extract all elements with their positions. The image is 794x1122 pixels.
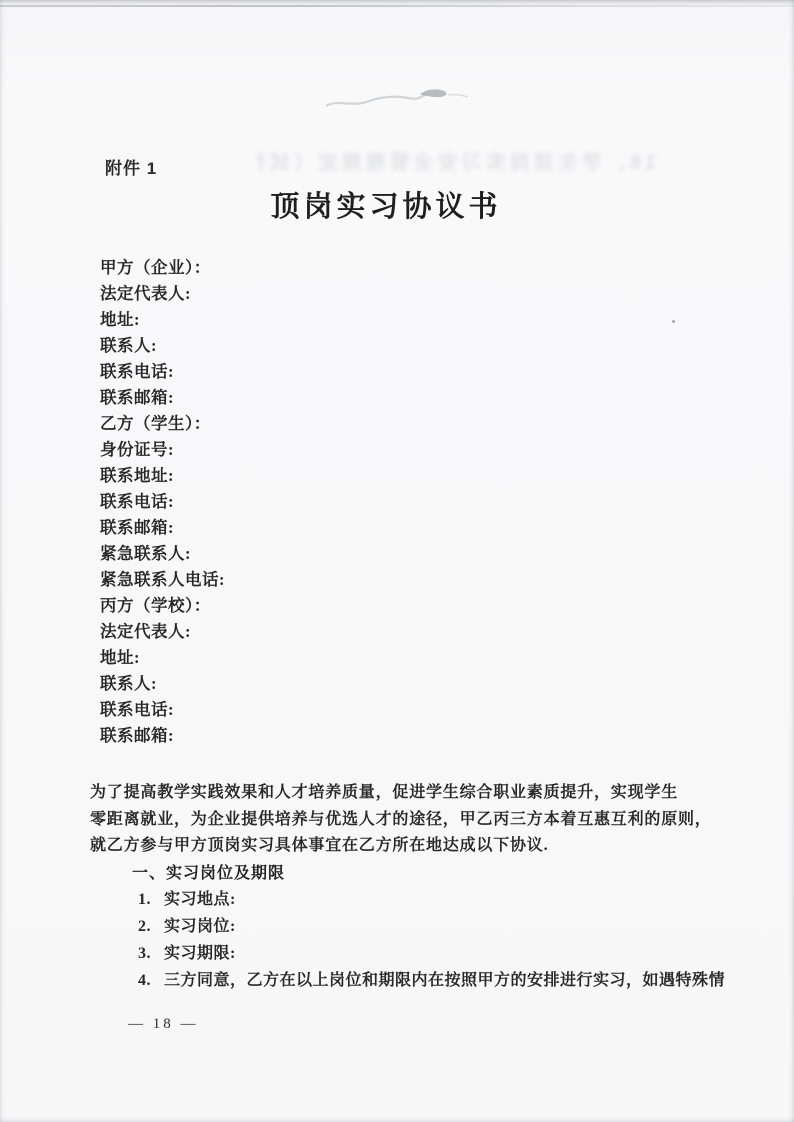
party-field-label: 联系电话: [100, 697, 225, 723]
party-field-label: 联系电话: [100, 489, 225, 515]
party-field-label: 丙方（学校）： [100, 593, 225, 619]
party-field-label: 地址: [100, 307, 225, 333]
numbered-item: 1. 实习地点: [138, 886, 725, 913]
scan-speck-artifact [672, 320, 675, 323]
preamble-line: 零距离就业，为企业提供培养与优选人才的途径，甲乙丙三方本着互惠互利的原则， [90, 807, 714, 834]
party-field-label: 联系地址: [100, 463, 225, 489]
numbered-item: 4. 三方同意，乙方在以上岗位和期限内在按照甲方的安排进行实习，如遇特殊情 [138, 967, 725, 994]
attachment-label: 附件 1 [105, 154, 157, 179]
bleedthrough-text-artifact: 16、学生顶岗实习安全管理规定（试行） [256, 146, 656, 180]
party-field-label: 联系人: [100, 671, 225, 697]
item-number: 3. [138, 940, 164, 967]
party-field-label: 联系人: [100, 333, 225, 359]
numbered-item: 3. 实习期限: [138, 940, 725, 967]
party-field-label: 法定代表人: [100, 619, 225, 645]
party-field-label: 紧急联系人: [100, 541, 225, 567]
numbered-items-list: 1. 实习地点: 2. 实习岗位: 3. 实习期限: 4. 三方同意，乙方在以上… [138, 886, 725, 994]
item-text: 实习岗位: [164, 913, 236, 940]
party-field-label: 联系电话: [100, 359, 225, 385]
item-number: 1. [138, 886, 164, 913]
section-one-heading: 一、实习岗位及期限 [132, 860, 285, 883]
party-field-label: 联系邮箱: [100, 385, 225, 411]
party-field-label: 甲方（企业）： [100, 255, 225, 281]
item-text: 实习地点: [164, 886, 236, 913]
document-title: 顶岗实习协议书 [0, 184, 783, 225]
preamble-paragraph: 为了提高教学实践效果和人才培养质量，促进学生综合职业素质提升，实现学生 零距离就… [90, 780, 714, 860]
party-field-label: 紧急联系人电话: [100, 567, 225, 593]
item-text: 实习期限: [164, 940, 236, 967]
party-field-label: 身份证号: [100, 437, 225, 463]
preamble-line: 为了提高教学实践效果和人才培养质量，促进学生综合职业素质提升，实现学生 [90, 780, 714, 807]
item-text: 三方同意，乙方在以上岗位和期限内在按照甲方的安排进行实习，如遇特殊情 [164, 967, 725, 994]
party-field-label: 联系邮箱: [100, 723, 225, 749]
item-number: 4. [138, 967, 164, 994]
party-field-label: 乙方（学生）： [100, 411, 225, 437]
page-number: — 18 — [128, 1016, 199, 1033]
party-field-label: 联系邮箱: [100, 515, 225, 541]
preamble-line: 就乙方参与甲方顶岗实习具体事宜在乙方所在地达成以下协议. [90, 833, 714, 860]
party-fields-list: 甲方（企业）： 法定代表人: 地址: 联系人: 联系电话: 联系邮箱: 乙方（学… [100, 255, 225, 749]
numbered-item: 2. 实习岗位: [138, 913, 725, 940]
party-field-label: 地址: [100, 645, 225, 671]
scribble-artifact [322, 82, 472, 118]
party-field-label: 法定代表人: [100, 281, 225, 307]
document-page: 16、学生顶岗实习安全管理规定（试行） 附件 1 顶岗实习协议书 甲方（企业）：… [0, 0, 794, 1122]
item-number: 2. [138, 913, 164, 940]
